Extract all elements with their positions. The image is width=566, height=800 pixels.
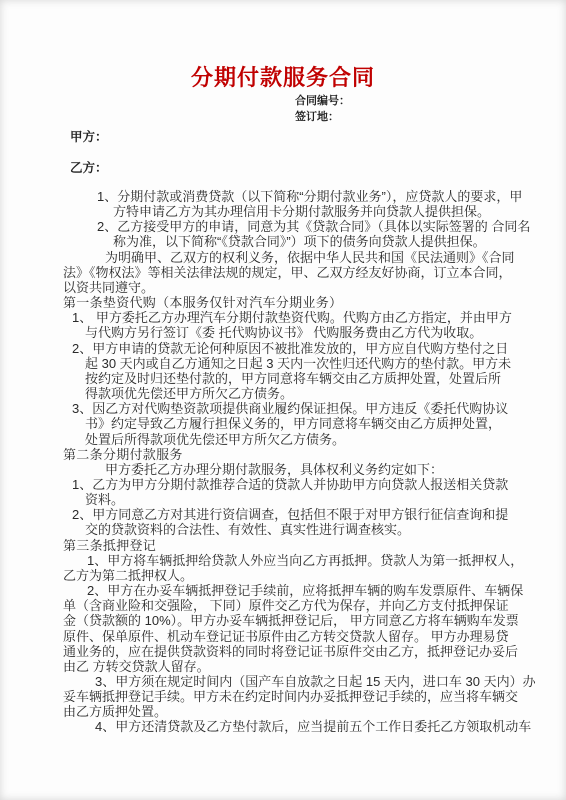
contract-body: 1、分期付款或消费贷款（以下简称“分期付款业务”），应贷款人的要求，甲方特申请乙… xyxy=(63,189,526,735)
body-line: 以资共同遵守。 xyxy=(63,280,526,295)
contract-paragraph: 2、甲方同意乙方对其进行资信调查，包括但不限于对甲方银行征信查询和提交的贷款资料… xyxy=(63,507,526,537)
page-title: 分期付款服务合同 xyxy=(0,0,566,92)
body-line: 由乙方质押处置。 xyxy=(63,704,526,719)
body-line: 3、因乙方对代购垫资款项提供商业履约保证担保。甲方违反《委托代购协议 xyxy=(63,401,526,416)
body-line: 按约定及时归还垫付款的，甲方同意将车辆交由乙方质押处置，处置后所 xyxy=(63,371,526,386)
contract-paragraph: 为明确甲、乙双方的权利义务，依据中华人民共和国《民法通则》《合同法》《物权法》等… xyxy=(63,250,526,295)
body-line: 法》《物权法》等相关法律法规的规定，甲、乙双方经友好协商，订立本合同， xyxy=(63,265,526,280)
body-line: 1、分期付款或消费贷款（以下简称“分期付款业务”），应贷款人的要求，甲 xyxy=(63,189,526,204)
body-line: 由乙 方转交贷款人留存。 xyxy=(63,659,526,674)
body-line: 书》约定导致乙方履行担保义务的，甲方同意将车辆交由乙方质押处置， xyxy=(63,416,526,431)
body-line: 通业务的，应在提供贷款资料的同时将登记证书原件交由乙方，抵押登记办妥后 xyxy=(63,644,526,659)
body-line: 处置后所得款项优先偿还甲方所欠乙方债务。 xyxy=(63,432,526,447)
contract-meta: 合同编号： 签订地： xyxy=(295,94,566,125)
contract-no-label: 合同编号： xyxy=(295,94,566,110)
contract-paragraph: 甲方委托乙方办理分期付款服务，具体权利义务约定如下： xyxy=(63,462,526,477)
body-line: 起 30 天内或自乙方通知之日起 3 天内一次性归还代购方的垫付款。甲方未 xyxy=(63,356,526,371)
body-line: 1、甲方将车辆抵押给贷款人外应当向乙方再抵押。贷款人为第一抵押权人， xyxy=(63,553,526,568)
body-line: 第二条分期付款服务 xyxy=(63,447,526,462)
body-line: 单（含商业险和交强险， 下同）原件交乙方代为保存，并向乙方支付抵押保证 xyxy=(63,598,526,613)
body-line: 方特申请乙方为其办理信用卡分期付款服务并向贷款人提供担保。 xyxy=(63,204,526,219)
sign-place-label: 签订地： xyxy=(295,110,566,126)
body-line: 金（贷款额的 10%）。甲方办妥车辆抵押登记后， 甲方同意乙方将车辆购车发票 xyxy=(63,613,526,628)
contract-paragraph: 3、因乙方对代购垫资款项提供商业履约保证担保。甲方违反《委托代购协议书》约定导致… xyxy=(63,401,526,446)
body-line: 与代购方另行签订《委 托代购协议书》 代购服务费由乙方代为收取。 xyxy=(63,325,526,340)
body-line: 原件、保单原件、机动车登记证书原件由乙方转交贷款人留存。 甲方办理易贷 xyxy=(63,629,526,644)
body-line: 甲方委托乙方办理分期付款服务，具体权利义务约定如下： xyxy=(63,462,526,477)
body-line: 1、乙方为甲方分期付款推荐合适的贷款人并协助甲方向贷款人报送相关贷款 xyxy=(63,477,526,492)
body-line: 3、甲方须在规定时间内（国产车自放款之日起 15 天内，进口车 30 天内）办 xyxy=(63,674,526,689)
party-b-label: 乙方： xyxy=(70,160,566,176)
party-a-label: 甲方： xyxy=(70,129,566,145)
body-line: 妥车辆抵押登记手续。甲方未在约定时间内办妥抵押登记手续的，应当将车辆交 xyxy=(63,689,526,704)
contract-paragraph: 3、甲方须在规定时间内（国产车自放款之日起 15 天内，进口车 30 天内）办妥… xyxy=(63,674,526,719)
body-line: 2、乙方接受甲方的申请，同意为其《贷款合同》（具体以实际签署的 合同名 xyxy=(63,219,526,234)
contract-paragraph: 2、甲方在办妥车辆抵押登记手续前，应将抵押车辆的购车发票原件、车辆保单（含商业险… xyxy=(63,583,526,674)
body-line: 第三条抵押登记 xyxy=(63,538,526,553)
section-heading: 第二条分期付款服务 xyxy=(63,447,526,462)
contract-paragraph: 4、甲方还清贷款及乙方垫付款后，应当提前五个工作日委托乙方领取机动车 xyxy=(63,719,526,734)
body-line: 资料。 xyxy=(63,492,526,507)
body-line: 交的贷款资料的合法性、有效性、真实性进行调查核实。 xyxy=(63,522,526,537)
body-line: 得款项优先偿还甲方所欠乙方债务。 xyxy=(63,386,526,401)
section-heading: 第三条抵押登记 xyxy=(63,538,526,553)
contract-paragraph: 1、乙方为甲方分期付款推荐合适的贷款人并协助甲方向贷款人报送相关贷款资料。 xyxy=(63,477,526,507)
contract-document-page: 分期付款服务合同 合同编号： 签订地： 甲方： 乙方： 1、分期付款或消费贷款（… xyxy=(0,0,566,800)
body-line: 第一条垫资代购（本服务仅针对汽车分期业务） xyxy=(63,295,526,310)
contract-paragraph: 2、甲方申请的贷款无论何种原因不被批准发放的，甲方应自代购方垫付之日起 30 天… xyxy=(63,341,526,402)
body-line: 2、甲方同意乙方对其进行资信调查，包括但不限于对甲方银行征信查询和提 xyxy=(63,507,526,522)
body-line: 4、甲方还清贷款及乙方垫付款后，应当提前五个工作日委托乙方领取机动车 xyxy=(63,719,526,734)
body-line: 1、 甲方委托乙方办理汽车分期付款垫资代购。代购方由乙方指定，并由甲方 xyxy=(63,310,526,325)
contract-paragraph: 1、甲方将车辆抵押给贷款人外应当向乙方再抵押。贷款人为第一抵押权人，乙方为第二抵… xyxy=(63,553,526,583)
body-line: 称为准，以下简称“《贷款合同》”）项下的债务向贷款人提供担保。 xyxy=(63,234,526,249)
body-line: 为明确甲、乙双方的权利义务，依据中华人民共和国《民法通则》《合同 xyxy=(63,250,526,265)
contract-paragraph: 1、分期付款或消费贷款（以下简称“分期付款业务”），应贷款人的要求，甲方特申请乙… xyxy=(63,189,526,219)
body-line: 2、甲方申请的贷款无论何种原因不被批准发放的，甲方应自代购方垫付之日 xyxy=(63,341,526,356)
body-line: 2、甲方在办妥车辆抵押登记手续前，应将抵押车辆的购车发票原件、车辆保 xyxy=(63,583,526,598)
contract-paragraph: 1、 甲方委托乙方办理汽车分期付款垫资代购。代购方由乙方指定，并由甲方与代购方另… xyxy=(63,310,526,340)
contract-paragraph: 2、乙方接受甲方的申请，同意为其《贷款合同》（具体以实际签署的 合同名称为准，以… xyxy=(63,219,526,249)
body-line: 乙方为第二抵押权人。 xyxy=(63,568,526,583)
section-heading: 第一条垫资代购（本服务仅针对汽车分期业务） xyxy=(63,295,526,310)
